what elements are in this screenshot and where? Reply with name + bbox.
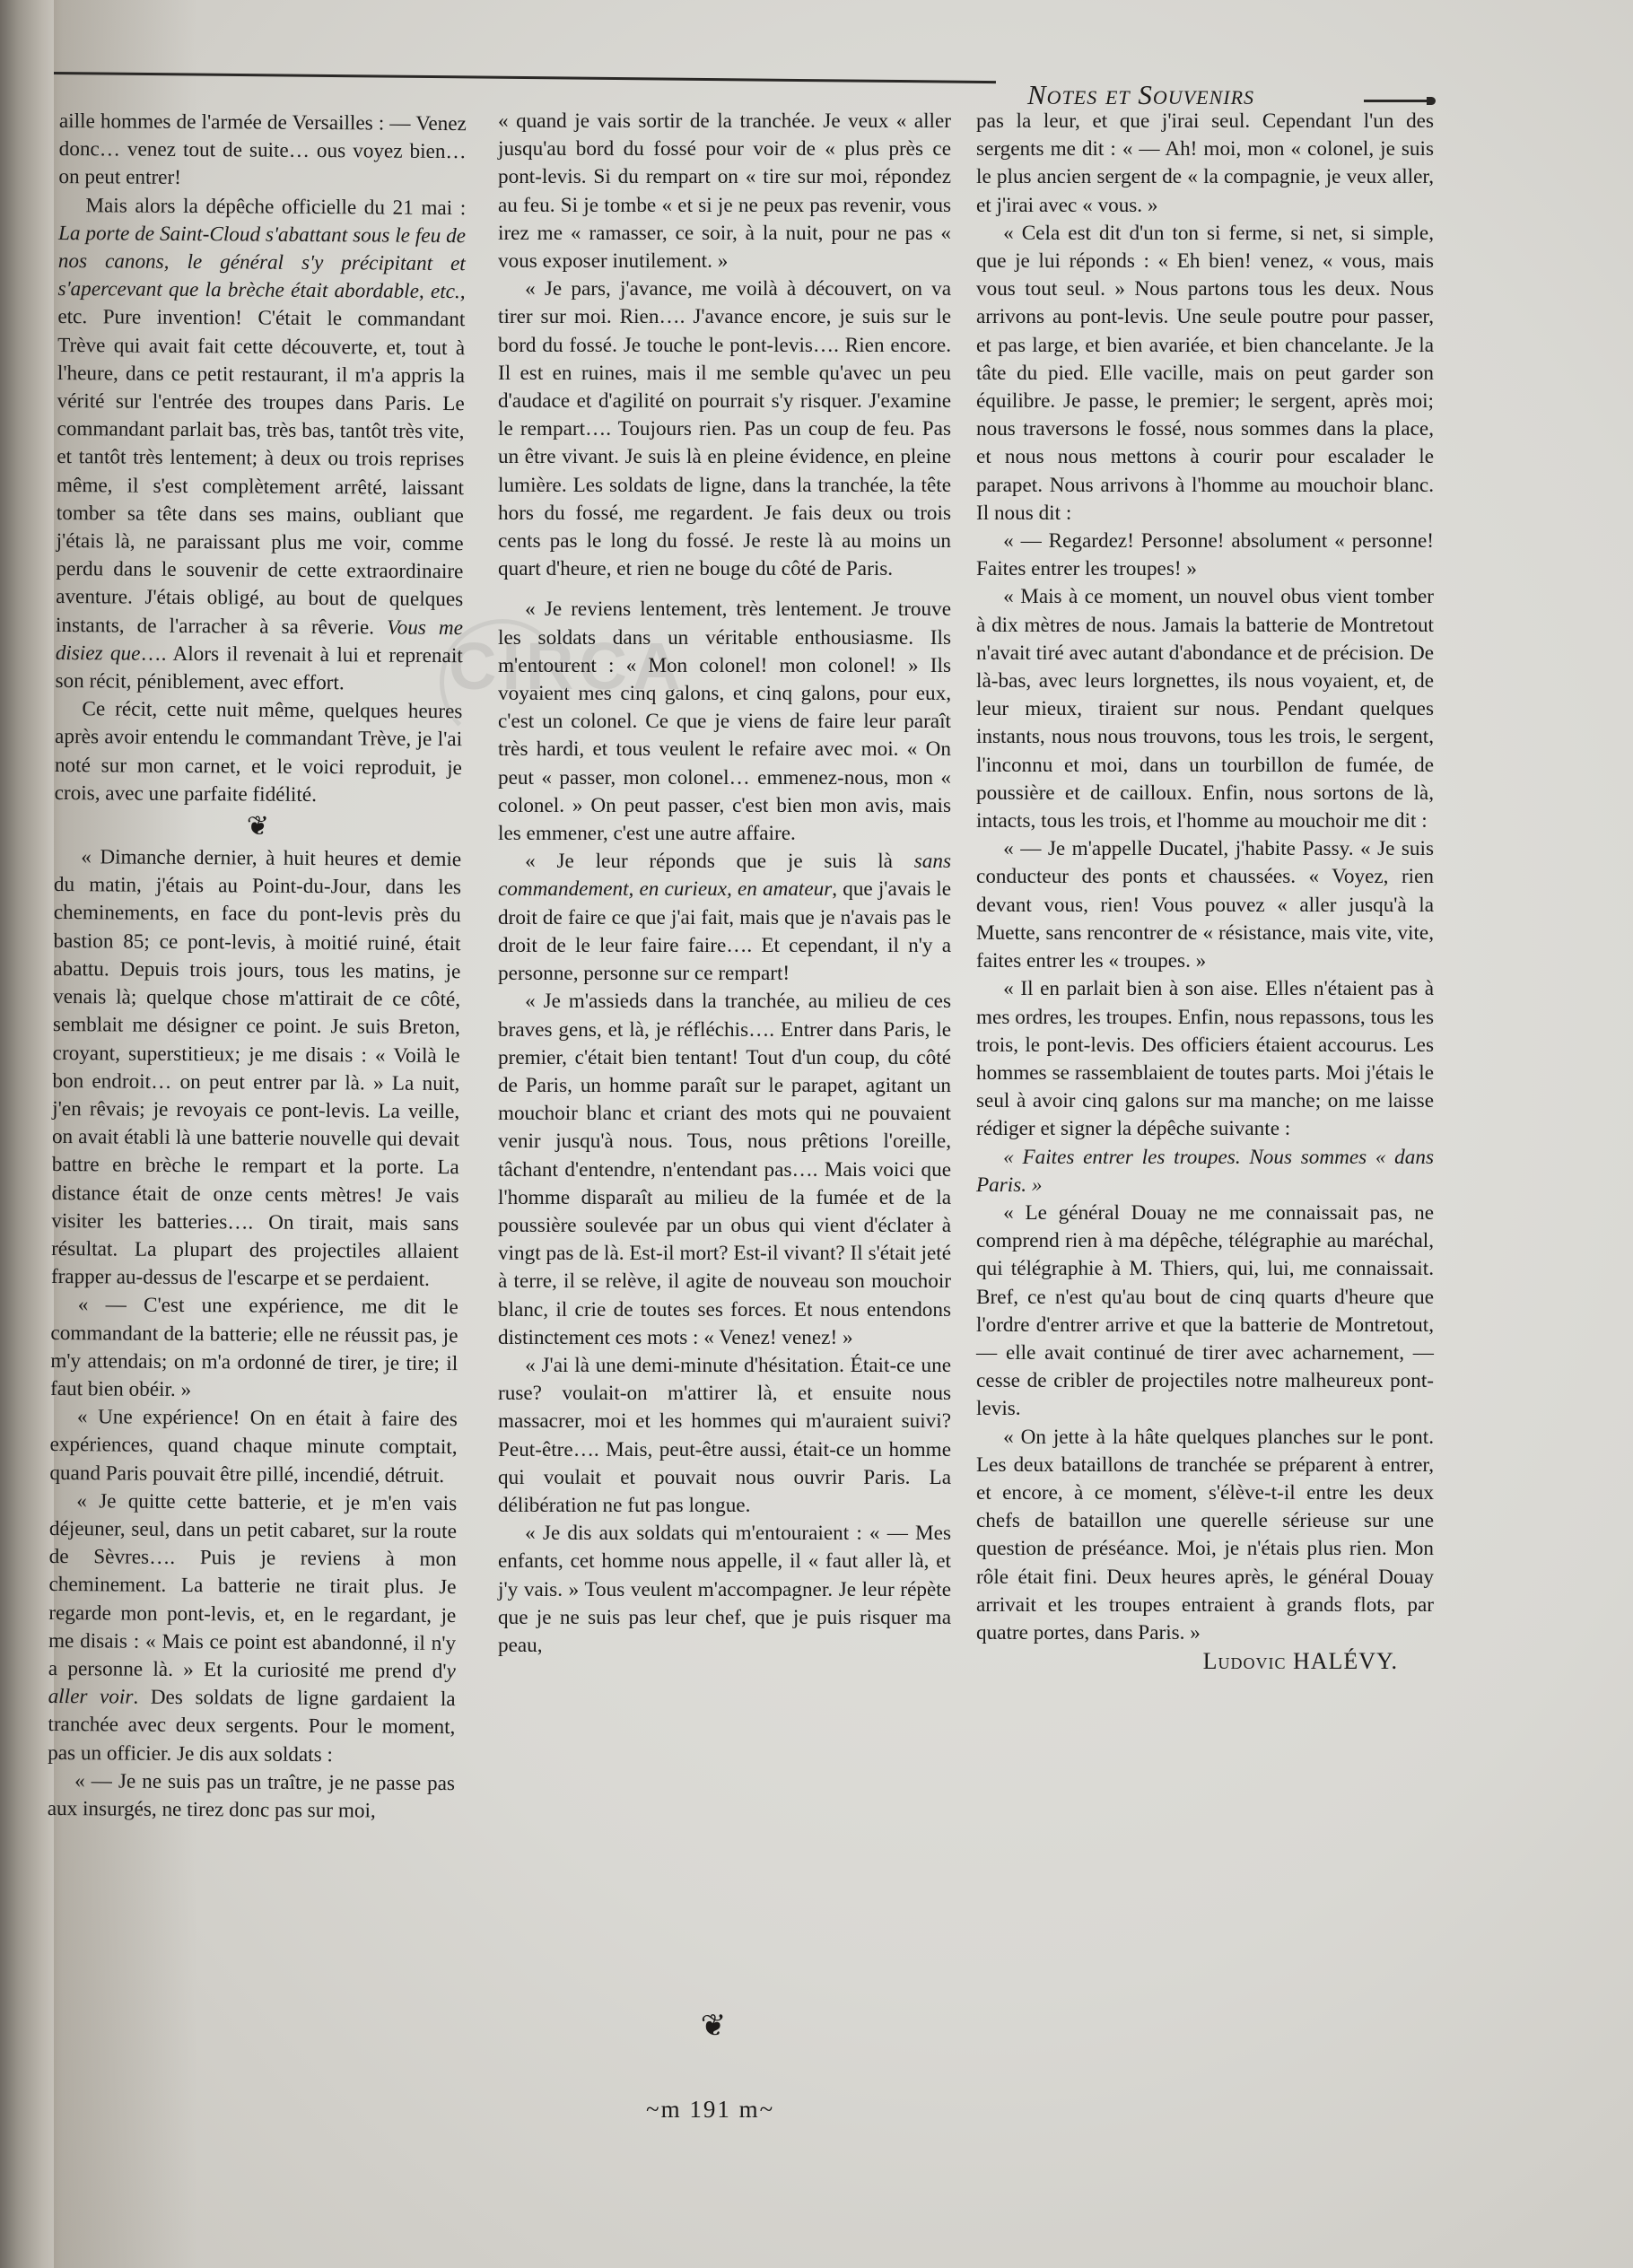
text-span: « Je quitte cette batterie, et je m'en v… — [48, 1489, 457, 1683]
paragraph: aille hommes de l'armée de Versailles : … — [58, 108, 467, 195]
author-signature: Ludovic HALÉVY. — [976, 1647, 1434, 1675]
paragraph: Ce récit, cette nuit même, quelques heur… — [55, 695, 463, 810]
paragraph: « On jette à la hâte quelques planches s… — [976, 1424, 1434, 1648]
page-number: 191 — [689, 2096, 731, 2123]
header-rule-right — [1364, 100, 1428, 102]
text-span: etc. Pure invention! C'était le commanda… — [56, 305, 466, 639]
author-first-name: Ludovic — [1203, 1648, 1287, 1674]
paragraph: « Je pars, j'avance, me voilà à découver… — [498, 275, 951, 583]
author-last-name: HALÉVY. — [1293, 1648, 1398, 1674]
flourish-right-icon: m~ — [739, 2096, 775, 2123]
paragraph: « — Je m'appelle Ducatel, j'habite Passy… — [976, 835, 1434, 975]
paragraph: « Je leur réponds que je suis là sans co… — [498, 848, 951, 988]
paragraph: « Dimanche dernier, à huit heures et dem… — [51, 843, 461, 1294]
paragraph: « Je reviens lentement, très lentement. … — [498, 596, 951, 848]
running-head: Notes et Souvenirs — [1027, 79, 1254, 111]
text-span: Mais alors la dépêche officielle du 21 m… — [85, 194, 466, 220]
italic-dispatch: « Faites entrer les troupes. Nous sommes… — [976, 1146, 1434, 1197]
book-page: CIRCA Notes et Souvenirs aille hommes de… — [0, 0, 1633, 2268]
paragraph: « Cela est dit d'un ton si ferme, si net… — [976, 220, 1434, 528]
paragraph: « Il en parlait bien à son aise. Elles n… — [976, 975, 1434, 1143]
paragraph: « Je quitte cette batterie, et je m'en v… — [48, 1487, 457, 1770]
paragraph: « — C'est une expérience, me dit le comm… — [50, 1291, 458, 1406]
paragraph: « Je dis aux soldats qui m'entouraient :… — [498, 1520, 951, 1660]
italic-quote: La porte de Saint-Cloud s'abattant sous … — [57, 222, 466, 304]
paragraph: Mais alors la dépêche officielle du 21 m… — [55, 192, 466, 699]
quoted-speech: « quand je vais sortir de la tranchée. J… — [498, 108, 951, 275]
paragraph: « Le général Douay ne me connaissait pas… — [976, 1199, 1434, 1424]
paragraph: « Je m'assieds dans la tranchée, au mili… — [498, 988, 951, 1352]
flourish-left-icon: ~m — [646, 2096, 682, 2123]
fleuron-icon: ❦ — [54, 807, 461, 846]
paragraph: pas la leur, et que j'irai seul. Cependa… — [976, 108, 1434, 220]
dispatch-quote: « Faites entrer les troupes. Nous sommes… — [976, 1144, 1434, 1199]
paragraph: « J'ai là une demi-minute d'hésitation. … — [498, 1352, 951, 1520]
text-span: « Je leur réponds que je suis là — [525, 850, 914, 873]
text-column-left: aille hommes de l'armée de Versailles : … — [48, 108, 467, 1826]
paragraph: « — Je ne suis pas un traître, je ne pas… — [48, 1767, 455, 1827]
text-column-right: pas la leur, et que j'irai seul. Cependa… — [976, 108, 1434, 1675]
paragraph: « — Regardez! Personne! absolument « per… — [976, 528, 1434, 583]
paragraph: « Mais à ce moment, un nouvel obus vient… — [976, 583, 1434, 835]
fleuron-icon: ❦ — [686, 2008, 740, 2044]
paragraph: « Une expérience! On en était à faire de… — [49, 1403, 458, 1490]
page-number-block: ~m 191 m~ — [646, 2096, 774, 2124]
text-column-middle: « quand je vais sortir de la tranchée. J… — [498, 108, 951, 1660]
